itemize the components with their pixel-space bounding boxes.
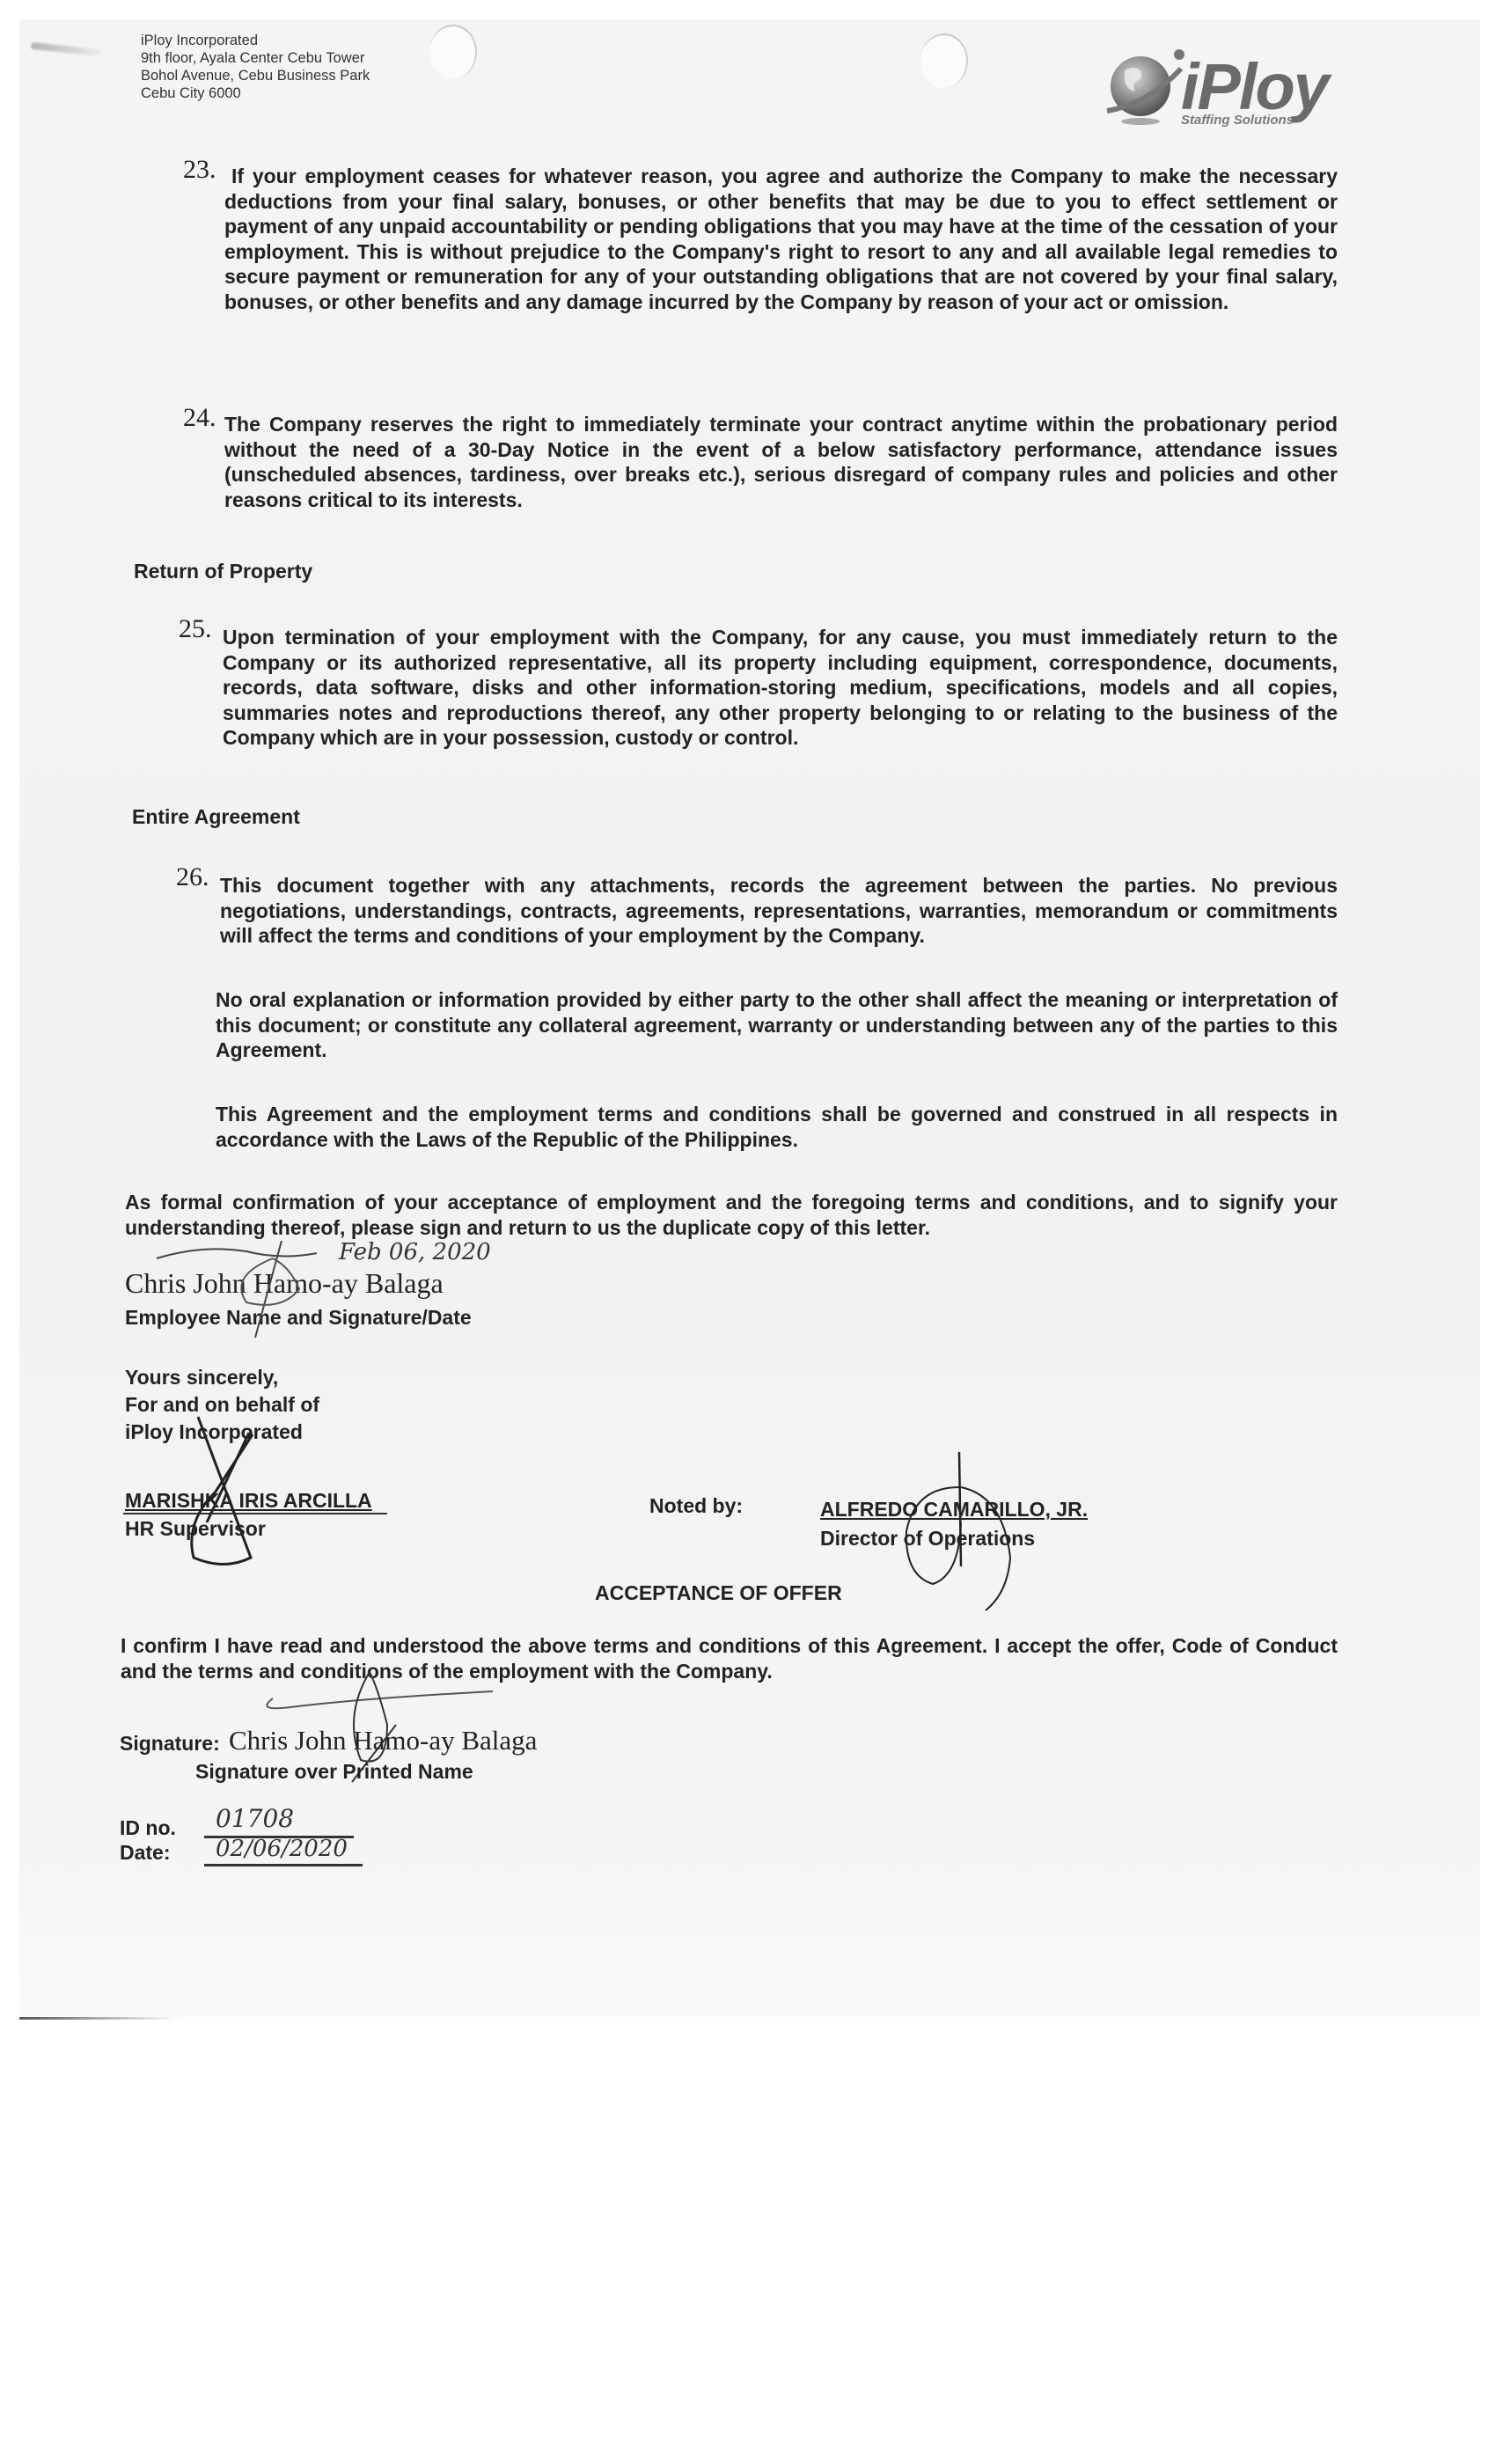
page-edge-shadow [19,2017,178,2020]
clause-text: Upon termination of your employment with… [223,626,1338,749]
date-label: Date: [120,1841,171,1865]
noted-by-label: Noted by: [649,1494,743,1518]
clause-text: This document together with any attachme… [220,874,1338,947]
globe-icon [1100,42,1188,130]
employee-printed-name: Chris John Hamo-ay Balaga [125,1267,444,1300]
clause-number: 25. [179,614,212,644]
closing-line-3: iPloy Incorporated [125,1419,319,1446]
closing-line-1: Yours sincerely, [125,1364,319,1391]
clause-number: 24. [183,403,216,433]
handwritten-date: Feb 06, 2020 [339,1239,491,1265]
letterhead-address: iPloy Incorporated 9th floor, Ayala Cent… [141,32,370,102]
hr-signatory-title: HR Supervisor [125,1517,266,1541]
section-heading-entire-agreement: Entire Agreement [132,805,300,829]
confirmation-text: As formal confirmation of your acceptanc… [125,1190,1338,1240]
address-line-1: 9th floor, Ayala Center Cebu Tower [141,49,370,67]
address-line-2: Bohol Avenue, Cebu Business Park [141,67,370,84]
noted-by-title: Director of Operations [820,1527,1035,1551]
closing-block: Yours sincerely, For and on behalf of iP… [125,1364,319,1446]
clause-text: The Company reserves the right to immedi… [224,413,1338,511]
id-value: 01708 [216,1804,294,1833]
clause-26-text: This document together with any attachme… [220,873,1338,949]
acceptance-title: ACCEPTANCE OF OFFER [595,1581,842,1605]
signature-line [123,1513,387,1514]
clause-text: If your employment ceases for whatever r… [224,165,1338,313]
signature-caption: Signature over Printed Name [195,1760,473,1784]
date-value: 02/06/2020 [216,1836,348,1862]
company-name: iPloy Incorporated [141,32,370,49]
noted-by-name: ALFREDO CAMARILLO, JR. [820,1498,1088,1522]
clause-number: 26. [176,862,209,892]
logo-wordmark: iPloy [1181,55,1328,120]
acceptance-text: I confirm I have read and understood the… [121,1633,1338,1683]
clause-23-text: If your employment ceases for whatever r… [224,164,1338,314]
closing-line-2: For and on behalf of [125,1391,319,1419]
clause-26-paragraph-3: This Agreement and the employment terms … [216,1102,1338,1152]
id-label: ID no. [120,1816,176,1840]
signature-label: Signature: [120,1732,220,1756]
punch-hole [920,33,968,88]
acceptance-printed-name: Chris John Hamo-ay Balaga [229,1725,537,1756]
company-logo: iPloy Staffing Solutions [1100,42,1346,130]
clause-24-text: The Company reserves the right to immedi… [224,412,1338,512]
hr-signatory-name: MARISHKA IRIS ARCILLA [125,1489,372,1513]
clause-number: 23. [183,155,216,185]
punch-hole [429,25,477,79]
employee-name-caption: Employee Name and Signature/Date [125,1306,472,1330]
logo-tagline: Staffing Solutions [1181,113,1294,128]
date-underline [204,1864,363,1866]
clause-25-text: Upon termination of your employment with… [223,625,1338,751]
section-heading-return-of-property: Return of Property [134,560,312,583]
address-line-3: Cebu City 6000 [141,84,370,102]
clause-26-paragraph-2: No oral explanation or information provi… [216,987,1338,1063]
